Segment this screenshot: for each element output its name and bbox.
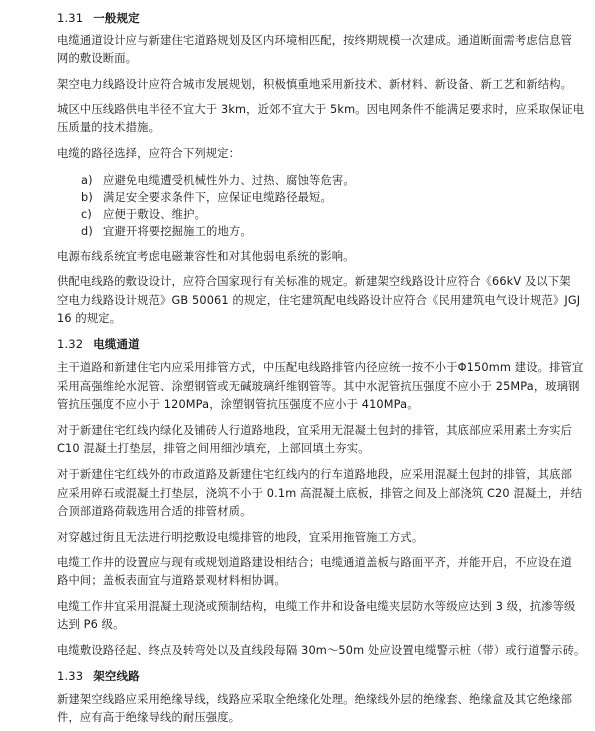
- paragraph-line: 合顶部道路荷载选用合适的排管材质。: [57, 505, 252, 519]
- paragraph-line: 对于新建住宅红线外的市政道路及新建住宅红线内的行车道路地段，应采用混凝土包封的排…: [57, 468, 572, 482]
- paragraph-line: 网的敷设断面。: [57, 52, 137, 66]
- list-text: 应便于敷设、维护。: [103, 208, 206, 221]
- paragraph-line: 对穿越过街且无法进行明挖敷设电缆排管的地段，宜采用拖管施工方式。: [57, 531, 423, 545]
- list-item: d)宜避开将要挖掘施工的地方。: [81, 225, 252, 239]
- section-heading-1-31: 1.31一般规定: [57, 11, 140, 25]
- list-marker: d): [81, 225, 103, 239]
- list-marker: b): [81, 191, 103, 205]
- paragraph-line: 件，应有高于绝缘导线的耐压强度。: [57, 711, 240, 725]
- list-item: c)应便于敷设、维护。: [81, 208, 206, 222]
- list-marker: a): [81, 174, 103, 188]
- paragraph-line: 路中间；盖板表面宜与道路景观材料相协调。: [57, 574, 286, 588]
- paragraph-line: 电缆通道设计应与新建住宅道路规划及区内环境相匹配，按终期规模一次建成。通道断面需…: [57, 34, 572, 48]
- paragraph-line: 采用高强维纶水泥管、涂塑钢管或无碱玻璃纤维钢管等。其中水泥管抗压强度不应小于 2…: [57, 380, 580, 394]
- list-text: 满足安全要求条件下，应保证电缆路径最短。: [103, 191, 332, 204]
- paragraph-line: 电缆的路径选择，应符合下列规定：: [57, 147, 240, 161]
- section-number: 1.33: [57, 669, 83, 683]
- section-number: 1.31: [57, 11, 83, 25]
- paragraph-line: 达到 P6 级。: [57, 618, 125, 632]
- list-item: a)应避免电缆遭受机械性外力、过热、腐蚀等危害。: [81, 174, 355, 188]
- paragraph-line: 供配电线路的敷设设计，应符合国家现行有关标准的规定。新建架空线路设计应符合《66…: [57, 275, 571, 289]
- paragraph-line: C10 混凝土打垫层，排管之间用细沙填充，上部回填土夯实。: [57, 442, 370, 456]
- paragraph-line: 压质量的技术措施。: [57, 121, 160, 135]
- list-text: 应避免电缆遭受机械性外力、过热、腐蚀等危害。: [103, 174, 355, 187]
- paragraph-line: 管抗压强度不应小于 120MPa，涂塑钢管抗压强度不应小于 410MPa。: [57, 398, 419, 412]
- section-heading-1-33: 1.33架空线路: [57, 669, 140, 683]
- list-item: b)满足安全要求条件下，应保证电缆路径最短。: [81, 191, 332, 205]
- list-text: 宜避开将要挖掘施工的地方。: [103, 225, 252, 238]
- section-title: 一般规定: [93, 11, 140, 25]
- paragraph-line: 架空电力线路设计应符合城市发展规划，积极慎重地采用新技术、新材料、新设备、新工艺…: [57, 78, 572, 92]
- paragraph-line: 城区中压线路供电半径不宜大于 3km，近郊不宜大于 5km。因电网条件不能满足要…: [57, 103, 584, 117]
- paragraph-line: 对于新建住宅红线内绿化及铺砖人行道路地段，宜采用无混凝土包封的排管，其底部应采用…: [57, 424, 572, 438]
- section-number: 1.32: [57, 337, 83, 351]
- section-title: 架空线路: [93, 669, 140, 683]
- paragraph-line: 空电力线路设计规范》GB 50061 的规定，住宅建筑配电线路设计应符合《民用建…: [57, 294, 580, 308]
- paragraph-line: 电缆工作井的设置应与现有或规划道路建设相结合；电缆通道盖板与路面平齐，并能开启，…: [57, 556, 572, 570]
- paragraph-line: 16 的规定。: [57, 312, 121, 326]
- paragraph-line: 电缆工作井宜采用混凝土现浇或预制结构，电缆工作井和设备电缆夹层防水等级应达到 3…: [57, 600, 576, 614]
- list-marker: c): [81, 208, 103, 222]
- paragraph-line: 电源布线系统宜考虑电磁兼容性和对其他弱电系统的影响。: [57, 250, 355, 264]
- paragraph-line: 新建架空线路应采用绝缘导线，线路应采取全绝缘化处理。绝缘线外层的绝缘套、绝缘盒及…: [57, 693, 572, 707]
- paragraph-line: 主干道路和新建住宅内应采用排管方式，中压配电线路排管内径应统一按不小于Φ150m…: [57, 361, 583, 375]
- section-heading-1-32: 1.32电缆通道: [57, 337, 140, 351]
- paragraph-line: 电缆敷设路径起、终点及转弯处以及直线段每隔 30m～50m 处应设置电缆警示桩（…: [57, 644, 585, 658]
- section-title: 电缆通道: [93, 337, 140, 351]
- paragraph-line: 应采用碎石或混凝土打垫层，浇筑不小于 0.1m 高混凝土底板，排管之间及上部浇筑…: [57, 487, 582, 501]
